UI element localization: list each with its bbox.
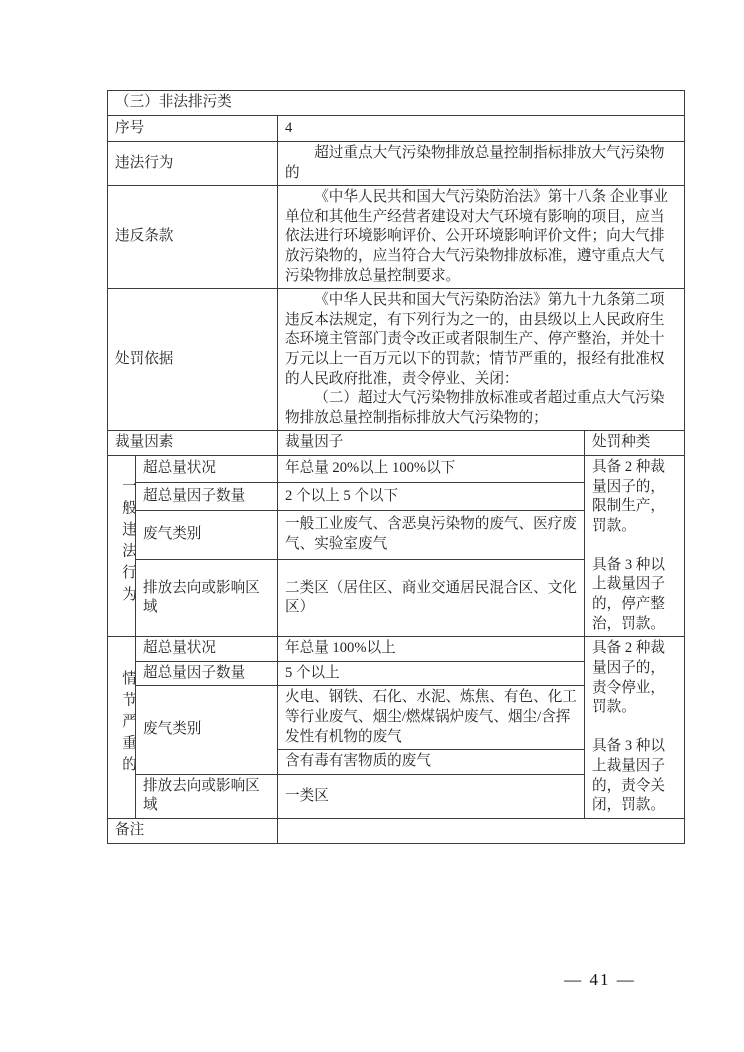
- general-row-value: 年总量 20%以上 100%以下: [278, 455, 585, 482]
- violation-label: 违法行为: [108, 142, 278, 186]
- basis-label: 处罚依据: [108, 289, 278, 431]
- general-row-label: 超总量状况: [136, 455, 278, 482]
- general-waste-gas-text: 一般工业废气、含恶臭污染物的废气、医疗废气、实验室废气: [285, 515, 577, 554]
- general-area-text: 二类区（居住区、商业交通居民混合区、文化区）: [285, 579, 577, 618]
- severe-row-value: 一类区: [278, 774, 585, 818]
- discretion-penalty-header: 处罚种类: [585, 431, 685, 456]
- clause-value: 《中华人民共和国大气污染防治法》第十八条 企业事业单位和其他生产经营者建设对大气…: [278, 186, 685, 289]
- severe-penalty-cell: 具备 2 种裁量因子的，责令停业，罚款。 具备 3 种以上裁量因子的，责令关闭，…: [585, 637, 685, 819]
- severe-extra-gas-value: 含有毒有害物质的废气: [278, 750, 585, 775]
- general-category-label: 一般违法行为: [115, 478, 136, 608]
- general-row-value: 二类区（居住区、商业交通居民混合区、文化区）: [278, 560, 585, 637]
- severe-row-label: 废气类别: [136, 686, 278, 774]
- clause-text: 《中华人民共和国大气污染防治法》第十八条 企业事业单位和其他生产经营者建设对大气…: [285, 188, 677, 286]
- general-row-value: 一般工业废气、含恶臭污染物的废气、医疗废气、实验室废气: [278, 510, 585, 559]
- penalty-discretion-table: （三）非法排污类 序号 4 违法行为 超过重点大气污染物排放总量控制指标排放大气…: [107, 90, 685, 844]
- general-penalty-cell: 具备 2 种裁量因子的，限制生产，罚款。 具备 3 种以上裁量因子的，停产整治，…: [585, 455, 685, 636]
- general-row-value: 2 个以上 5 个以下: [278, 483, 585, 510]
- severe-area-label-text: 排放去向或影响区域: [143, 777, 270, 816]
- basis-paragraph-2: （二）超过大气污染物排放标准或者超过重点大气污染物排放总量控制指标排放大气污染物…: [285, 389, 677, 428]
- serial-label: 序号: [108, 116, 278, 142]
- discretion-factor-header: 裁量因素: [108, 431, 278, 456]
- section-title: （三）非法排污类: [108, 91, 685, 116]
- violation-text: 超过重点大气污染物排放总量控制指标排放大气污染物的: [285, 144, 677, 183]
- remark-label: 备注: [108, 819, 278, 844]
- severe-row-label: 排放去向或影响区域: [136, 774, 278, 818]
- severe-penalty-1: 具备 2 种裁量因子的，责令停业，罚款。: [592, 639, 677, 717]
- general-row-label-text: 排放去向或影响区域: [143, 579, 270, 618]
- severe-category-label: 情节严重的: [115, 670, 136, 778]
- general-row-label: 排放去向或影响区域: [136, 560, 278, 637]
- general-category-cell: 一般违法行为: [108, 455, 136, 636]
- severe-row-label: 超总量状况: [136, 637, 278, 662]
- severe-row-value: 火电、钢铁、石化、水泥、炼焦、有色、化工等行业废气、烟尘/燃煤锅炉废气、烟尘/含…: [278, 686, 585, 750]
- severe-row-value: 年总量 100%以上: [278, 637, 585, 662]
- general-row-label: 废气类别: [136, 510, 278, 559]
- clause-label: 违反条款: [108, 186, 278, 289]
- general-row-label: 超总量因子数量: [136, 483, 278, 510]
- basis-paragraph-1: 《中华人民共和国大气污染防治法》第九十九条第二项 违反本法规定，有下列行为之一的…: [285, 291, 677, 389]
- general-penalty-2: 具备 3 种以上裁量因子的，停产整治，罚款。: [592, 556, 677, 634]
- severe-category-cell: 情节严重的: [108, 637, 136, 819]
- document-page: （三）非法排污类 序号 4 违法行为 超过重点大气污染物排放总量控制指标排放大气…: [0, 0, 744, 1052]
- severe-row-value: 5 个以上: [278, 661, 585, 686]
- basis-value: 《中华人民共和国大气污染防治法》第九十九条第二项 违反本法规定，有下列行为之一的…: [278, 289, 685, 431]
- page-number: — 41 —: [520, 970, 680, 990]
- serial-value: 4: [278, 116, 685, 142]
- remark-value: [278, 819, 685, 844]
- severe-row-label: 超总量因子数量: [136, 661, 278, 686]
- general-penalty-1: 具备 2 种裁量因子的，限制生产，罚款。: [592, 458, 677, 536]
- severe-penalty-2: 具备 3 种以上裁量因子的，责令关闭，罚款。: [592, 737, 677, 815]
- severe-waste-gas-text: 火电、钢铁、石化、水泥、炼焦、有色、化工等行业废气、烟尘/燃煤锅炉废气、烟尘/含…: [285, 688, 577, 747]
- discretion-value-header: 裁量因子: [278, 431, 585, 456]
- violation-value: 超过重点大气污染物排放总量控制指标排放大气污染物的: [278, 142, 685, 186]
